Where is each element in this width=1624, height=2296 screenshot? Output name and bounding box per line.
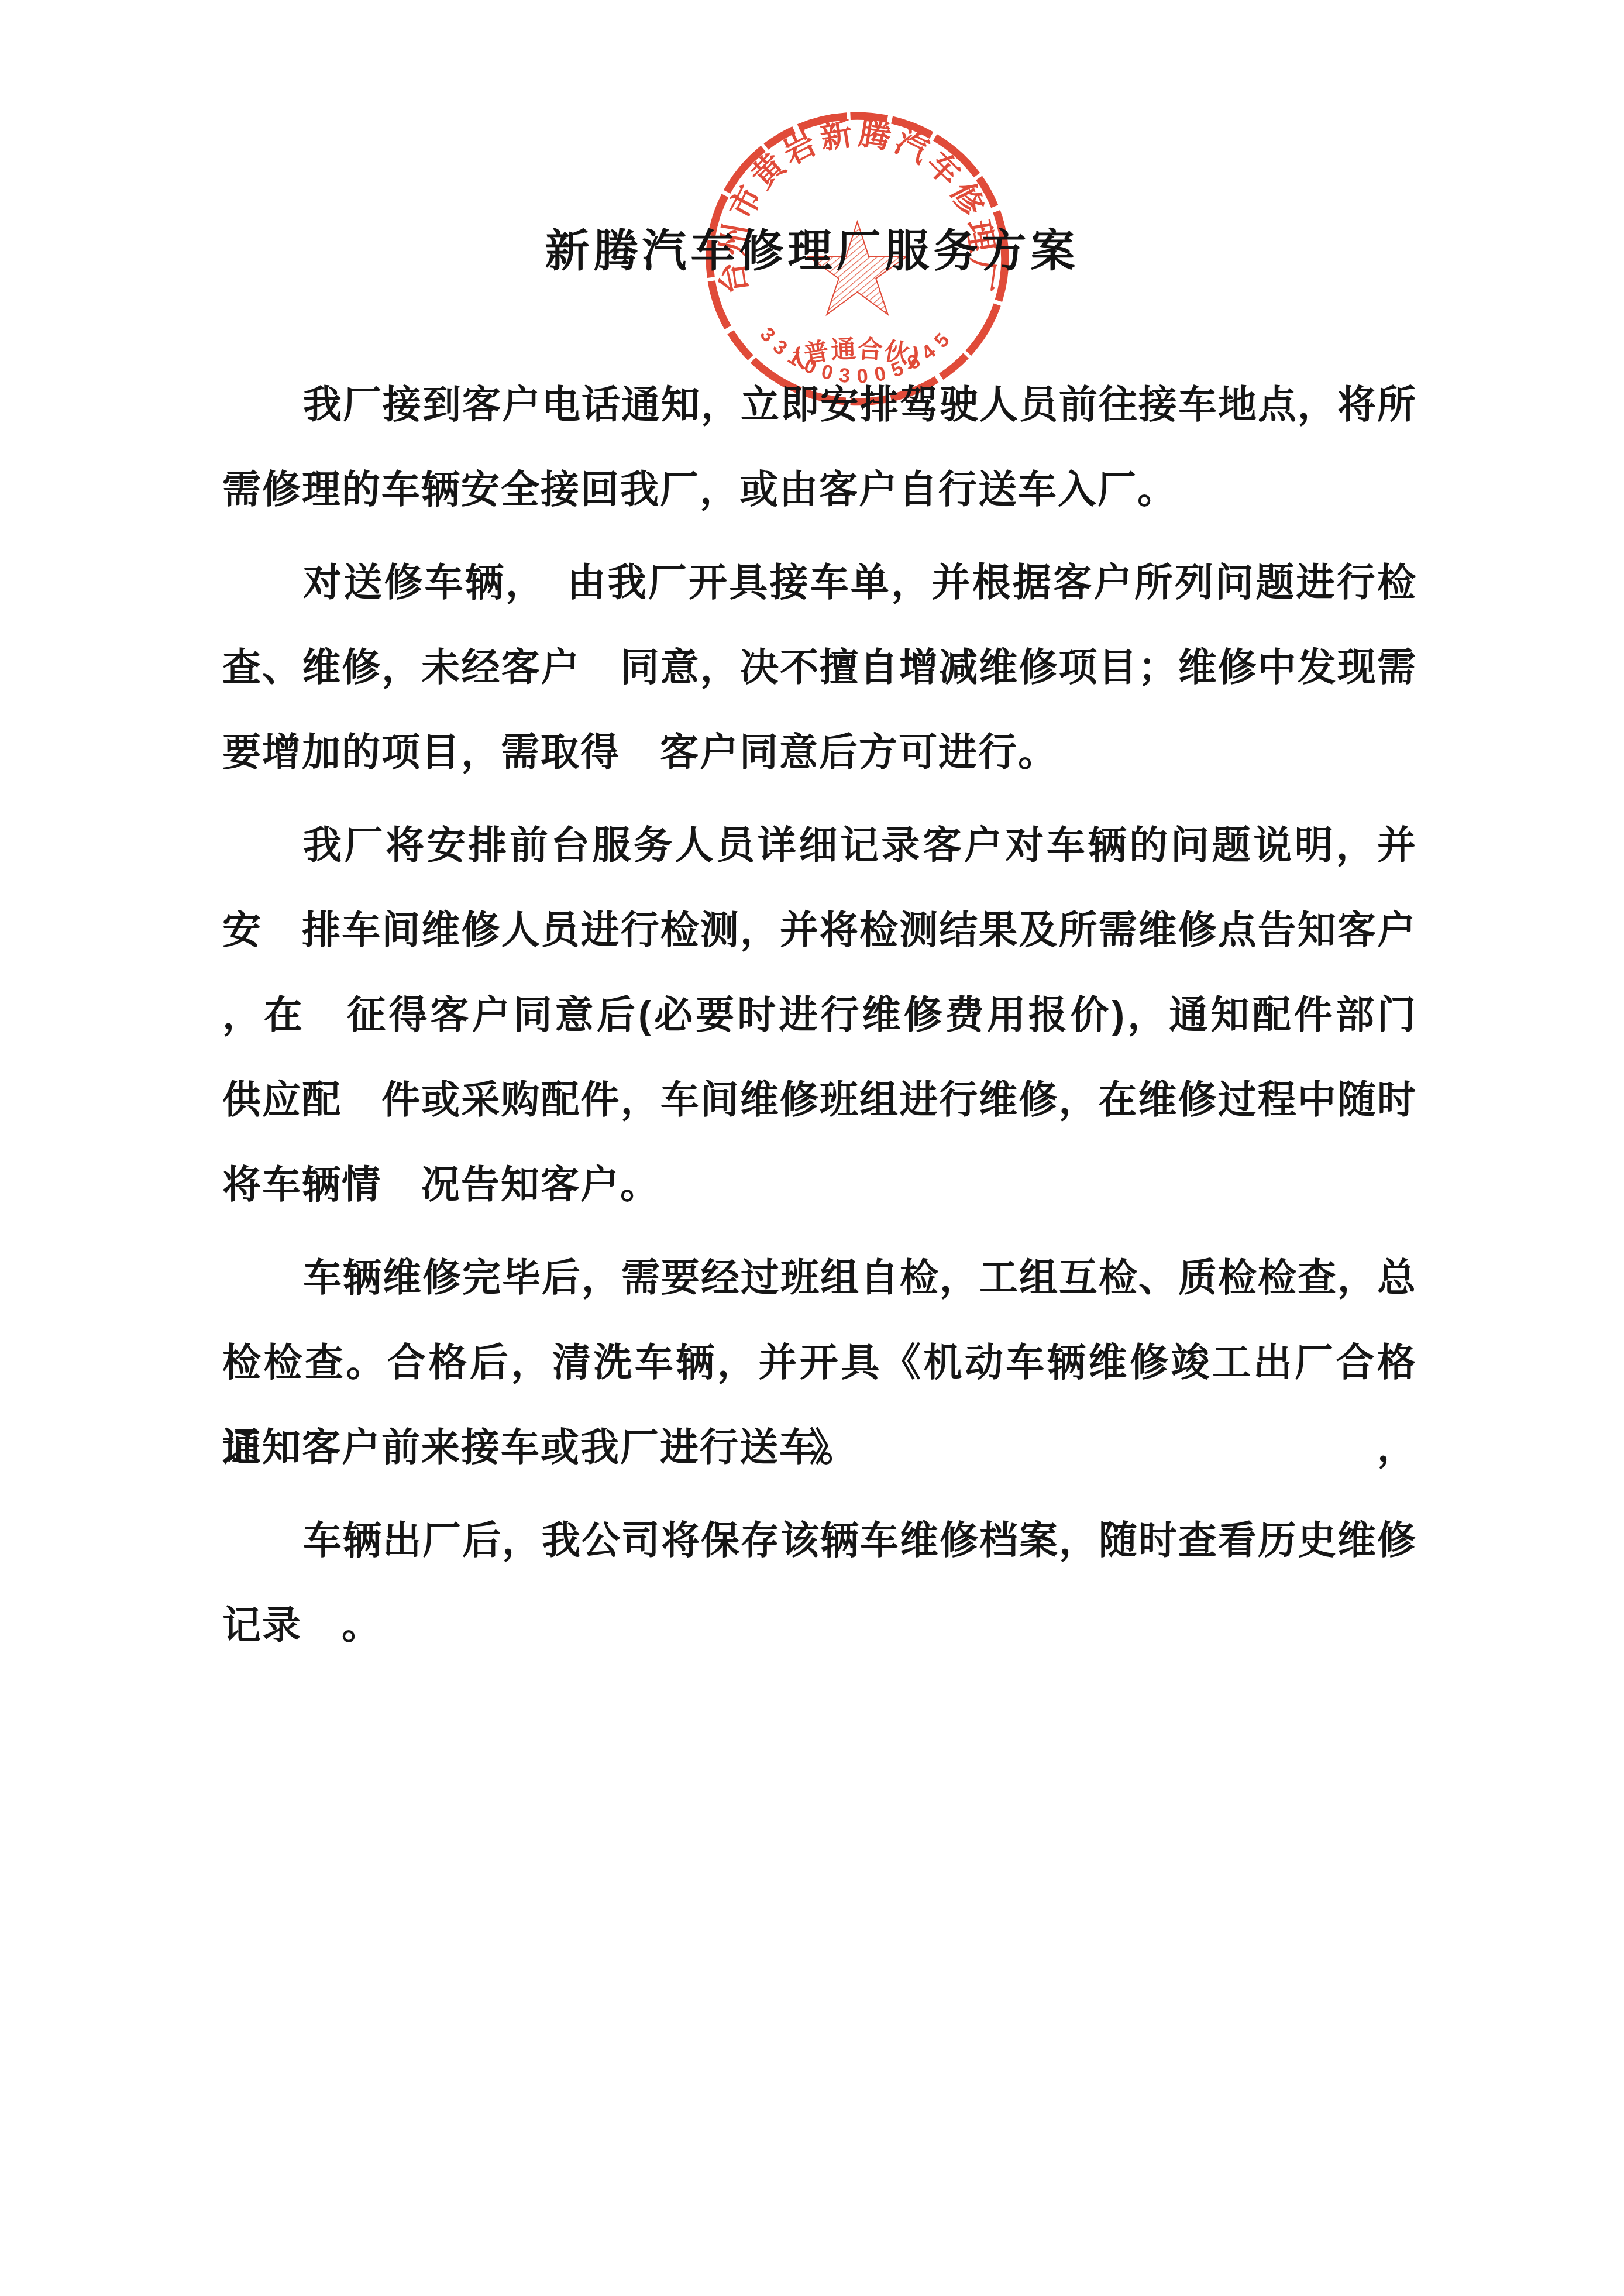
document-title: 新腾汽车修理厂服务方案 [0,227,1624,276]
paragraph: 对送修车辆， 由我厂开具接车单，并根据客户所列问题进行检查、维修，未经客户 同意… [222,540,1417,795]
text-line: ，在 征得客户同意后(必要时进行维修费用报价)，通知配件部门 [222,972,1417,1057]
text-line: 查、维修，未经客户 同意，决不擅自增减维修项目；维修中发现需 [222,625,1417,710]
text-line: 检检查。合格后，清洗车辆，并开具《机动车辆维修竣工出厂合格证》， [222,1320,1417,1405]
document-body: 我厂接到客户电话通知，立即安排驾驶人员前往接车地点，将所需修理的车辆安全接回我厂… [222,362,1417,1668]
text-line: 我厂接到客户电话通知，立即安排驾驶人员前往接车地点，将所 [222,362,1417,447]
document-page: 台州市黄岩新腾汽车修理厂 (普通合伙) 331003005645 新腾汽车修理厂… [0,0,1624,2296]
text-line: 将车辆情 况告知客户。 [222,1142,1417,1227]
text-line: 对送修车辆， 由我厂开具接车单，并根据客户所列问题进行检 [222,540,1417,625]
text-line: 要增加的项目，需取得 客户同意后方可进行。 [222,710,1417,795]
paragraph: 我厂接到客户电话通知，立即安排驾驶人员前往接车地点，将所需修理的车辆安全接回我厂… [222,362,1417,532]
text-line: 需修理的车辆安全接回我厂，或由客户自行送车入厂。 [222,447,1417,532]
text-line: 车辆维修完毕后，需要经过班组自检，工组互检、质检检查，总 [222,1235,1417,1320]
text-line: 供应配 件或采购配件，车间维修班组进行维修，在维修过程中随时 [222,1057,1417,1142]
text-line: 记录 。 [222,1583,1417,1668]
text-line: 我厂将安排前台服务人员详细记录客户对车辆的问题说明，并 [222,803,1417,888]
paragraph: 车辆维修完毕后，需要经过班组自检，工组互检、质检检查，总检检查。合格后，清洗车辆… [222,1235,1417,1490]
paragraph: 我厂将安排前台服务人员详细记录客户对车辆的问题说明，并安 排车间维修人员进行检测… [222,803,1417,1227]
text-line: 安 排车间维修人员进行检测，并将检测结果及所需维修点告知客户 [222,888,1417,972]
text-line: 车辆出厂后，我公司将保存该辆车维修档案，随时查看历史维修 [222,1498,1417,1583]
paragraph: 车辆出厂后，我公司将保存该辆车维修档案，随时查看历史维修记录 。 [222,1498,1417,1668]
